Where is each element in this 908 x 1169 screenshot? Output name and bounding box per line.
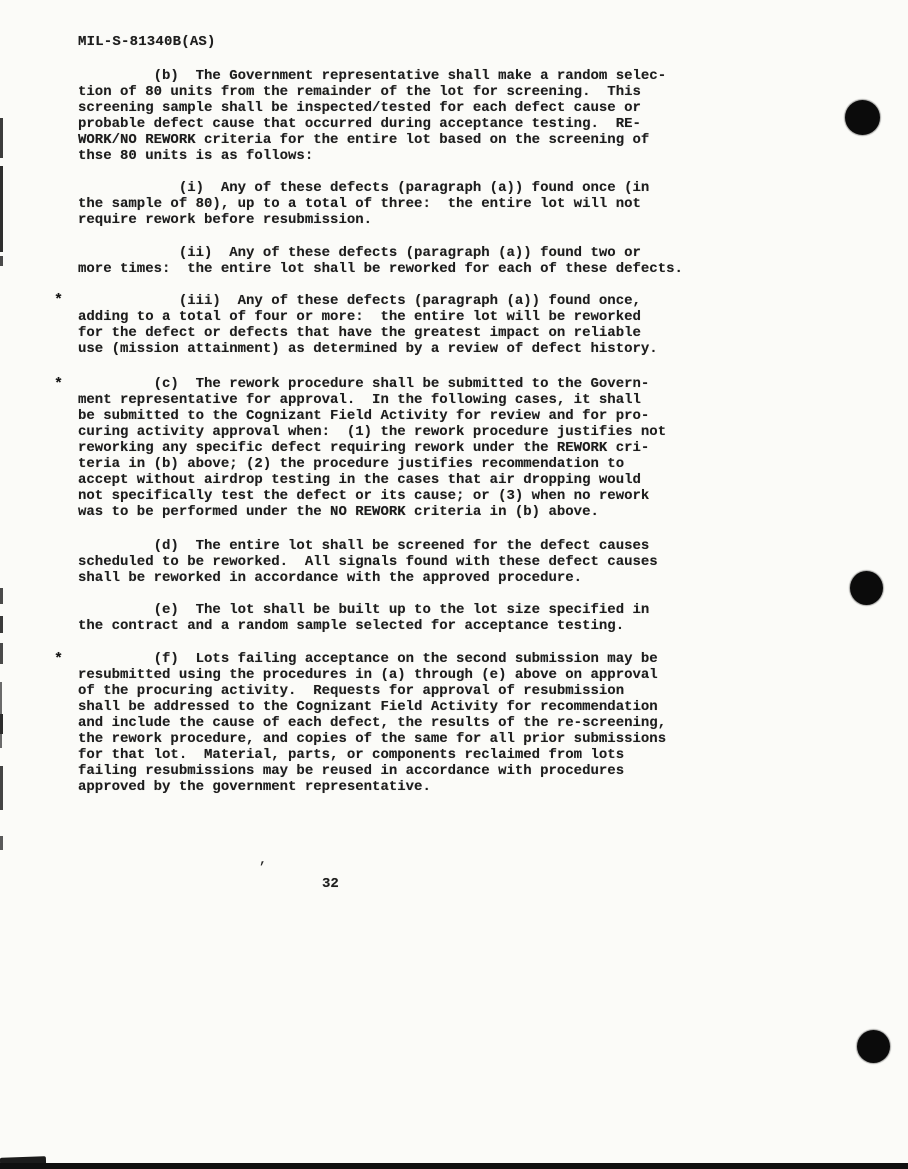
scan-artifact <box>0 616 3 633</box>
scan-artifact <box>0 118 3 158</box>
binder-hole-dot <box>850 571 883 605</box>
change-marker-asterisk: * <box>54 293 68 309</box>
document-number: MIL-S-81340B(AS) <box>78 34 216 50</box>
scan-artifact <box>0 643 3 664</box>
scan-artifact <box>0 166 3 252</box>
paragraph-iii: (iii) Any of these defects (paragraph (a… <box>78 293 658 357</box>
scan-artifact <box>0 714 3 734</box>
paragraph-i: (i) Any of these defects (paragraph (a))… <box>78 180 649 228</box>
paragraph-b: (b) The Government representative shall … <box>78 68 666 164</box>
paragraph-e: (e) The lot shall be built up to the lot… <box>78 602 649 634</box>
scan-artifact <box>0 836 3 850</box>
scan-stray-mark: , <box>259 853 267 867</box>
paragraph-c: (c) The rework procedure shall be submit… <box>78 376 666 520</box>
scan-artifact <box>0 588 3 604</box>
paragraph-ii: (ii) Any of these defects (paragraph (a)… <box>78 245 683 277</box>
scanned-document-page: MIL-S-81340B(AS) (b) The Government repr… <box>0 0 908 1169</box>
paragraph-f: (f) Lots failing acceptance on the secon… <box>78 651 666 795</box>
scan-edge-bar <box>0 1163 908 1169</box>
paragraph-d: (d) The entire lot shall be screened for… <box>78 538 658 586</box>
scan-artifact <box>0 766 3 810</box>
binder-hole-dot <box>845 100 880 135</box>
binder-hole-dot <box>857 1030 890 1063</box>
change-marker-asterisk: * <box>54 652 68 668</box>
scan-artifact <box>0 256 3 266</box>
change-marker-asterisk: * <box>54 377 68 393</box>
page-number: 32 <box>322 876 339 892</box>
